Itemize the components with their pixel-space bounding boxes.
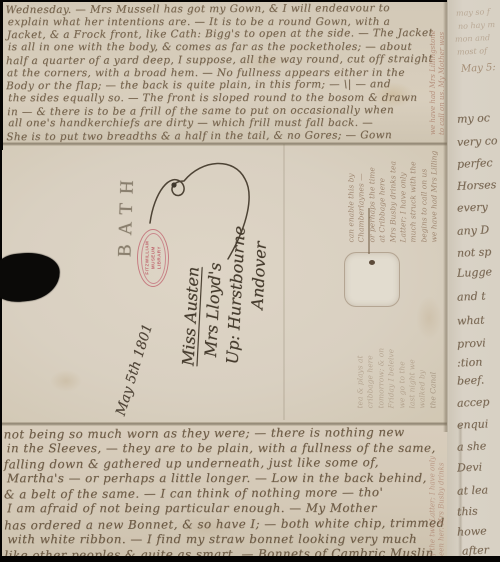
photo-edge-top — [0, 0, 447, 2]
wafer-seal-patch — [344, 252, 400, 307]
handwriting-line: is all in one with the body, & comes as … — [8, 41, 444, 54]
handwriting-line: in the Sleeves, — they are to be plain, … — [7, 441, 464, 456]
cross-writing-line: seen her. Mrs Busby drinks — [437, 430, 446, 560]
cross-writing-line: we have had Mrs Lillingstone — [429, 5, 438, 135]
address-block: Miss AustenMrs Lloyd'sUp: HurstbourneAnd… — [177, 182, 283, 377]
handwriting-line: I am afraid of not being particular enou… — [7, 501, 464, 516]
seal-ink-line — [368, 208, 370, 254]
handwriting-line: at the corners, with a broad hem. — No f… — [7, 66, 444, 79]
cross-writing-upper: can enable this byChamberlaynes —or perh… — [347, 128, 443, 243]
cross-writing-line: Mrs Busby drinks tea — [388, 128, 398, 243]
cross-writing-line: much struck with the — [409, 128, 419, 243]
fold-edge-fragments-bottom: of the two Latter; I have onlyseen her. … — [429, 430, 446, 560]
seal-dot — [369, 260, 375, 265]
handwriting-line: Body or the flap; — the back is quite pl… — [6, 78, 444, 93]
handwriting-line: has ordered a new Bonnet, & so have I; —… — [4, 515, 464, 533]
cross-writing-line: Latter; I have only — [399, 128, 409, 243]
cross-writing-line: begins to call on us — [419, 128, 429, 243]
letter-photograph: Wednesday. — Mrs Mussell has got my Gown… — [0, 0, 500, 562]
cross-writing-line: of the two Latter; I have only — [429, 430, 438, 560]
cross-writing-line: the Canal — [428, 279, 438, 409]
handwriting-line: Wednesday. — Mrs Mussell has got my Gown… — [6, 2, 444, 17]
handwriting-line: explain what her intentions are. — It is… — [8, 16, 444, 29]
cross-writing-line: last night we — [408, 279, 418, 409]
photo-edge-bottom — [0, 556, 500, 562]
cross-writing-line: walked by — [418, 279, 428, 409]
handwriting-line: half a quarter of a yard deep, I suppose… — [6, 53, 444, 68]
cross-writing-line: we have had Mrs Lilling — [430, 128, 440, 243]
top-text-block: Wednesday. — Mrs Mussell has got my Gown… — [6, 2, 445, 144]
photo-edge-left — [0, 0, 3, 150]
fold-crease-middle — [283, 144, 285, 420]
foxing-stain — [50, 370, 82, 392]
handwriting-line: Martha's — or perhaps a little longer. —… — [7, 471, 464, 486]
handwriting-line: not being so much worn as they were; — t… — [4, 425, 464, 443]
handwriting-line: the sides equally so. — The front is slo… — [8, 92, 444, 105]
bottom-text-block: not being so much worn as they were; — t… — [4, 425, 465, 562]
cross-writing-line: can enable this by — [347, 128, 357, 243]
handwriting-line: with white ribbon. — I find my straw bon… — [7, 531, 464, 546]
fold-edge-fragments-top: we have had Mrs Lillingstoneto call on u… — [429, 5, 447, 135]
cross-writing-line: to call on us. My Mother was — [438, 5, 447, 135]
cross-writing-line: Chamberlaynes — — [357, 128, 367, 243]
cross-writing-line: at Cribbage here — [378, 128, 388, 243]
bath-postmark: BATH — [114, 161, 141, 258]
